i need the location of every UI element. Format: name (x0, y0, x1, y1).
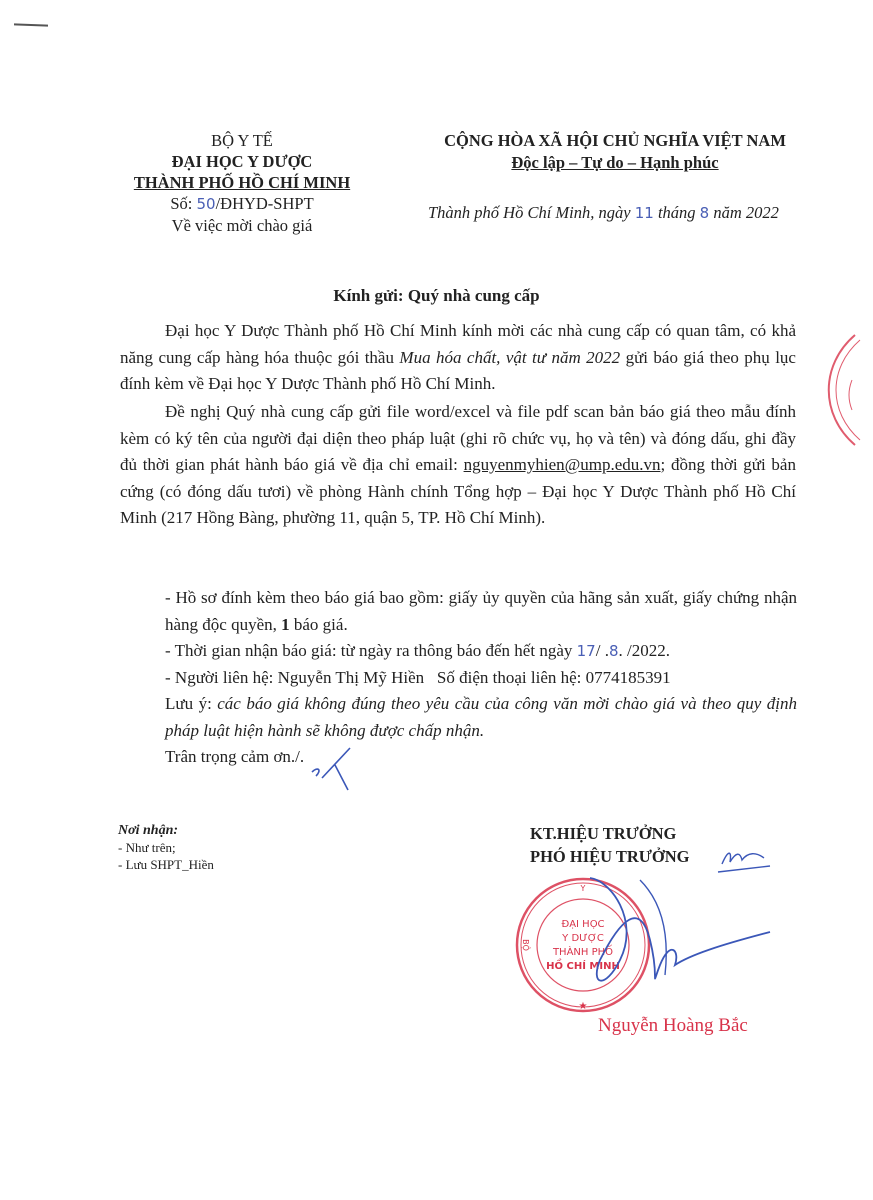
attachments-item: - Hồ sơ đính kèm theo báo giá bao gồm: g… (165, 585, 797, 638)
recipients-block: Nơi nhận: - Như trên; - Lưu SHPT_Hiền (118, 822, 214, 873)
svg-text:★: ★ (579, 1001, 588, 1012)
paragraph-request: Đề nghị Quý nhà cung cấp gửi file word/e… (120, 399, 796, 532)
deadline-item: - Thời gian nhận báo giá: từ ngày ra thô… (165, 638, 797, 665)
nation-title: CỘNG HÒA XÃ HỘI CHỦ NGHĨA VIỆT NAM (400, 130, 830, 152)
contact-email-link[interactable]: nguyenmyhien@ump.edu.vn (464, 455, 661, 474)
handwritten-month: 8 (700, 204, 710, 222)
recipients-title: Nơi nhận: (118, 822, 214, 839)
national-header: CỘNG HÒA XÃ HỘI CHỦ NGHĨA VIỆT NAM Độc l… (400, 130, 830, 174)
handwritten-deadline-day: 17 (577, 642, 596, 660)
svg-text:HỒ CHÍ MINH: HỒ CHÍ MINH (546, 957, 620, 972)
document-number: Số: 50/ĐHYD-SHPT (112, 193, 372, 215)
handwritten-number: 50 (196, 195, 215, 213)
details-list: - Hồ sơ đính kèm theo báo giá bao gồm: g… (165, 585, 797, 771)
svg-text:ĐẠI HỌC: ĐẠI HỌC (561, 919, 604, 930)
svg-text:Y DƯỢC: Y DƯỢC (561, 933, 604, 944)
scan-mark (14, 23, 48, 26)
signer-name: Nguyễn Hoàng Bắc (598, 1015, 748, 1037)
contact-item: - Người liên hệ: Nguyễn Thị Mỹ Hiền Số đ… (165, 665, 797, 692)
issuer-header: BỘ Y TẾ ĐẠI HỌC Y DƯỢC THÀNH PHỐ HỒ CHÍ … (112, 130, 372, 236)
svg-text:BỘ: BỘ (521, 939, 532, 951)
official-stamp: Y ĐẠI HỌC Y DƯỢC THÀNH PHỐ HỒ CHÍ MINH B… (513, 875, 653, 1015)
handwritten-day: 11 (635, 204, 654, 222)
signature-title: KT.HIỆU TRƯỞNG PHÓ HIỆU TRƯỞNG (530, 822, 690, 868)
paragraph-invitation: Đại học Y Dược Thành phố Hồ Chí Minh kín… (120, 318, 796, 398)
university-city: THÀNH PHỐ HỒ CHÍ MINH (112, 172, 372, 193)
issue-date: Thành phố Hồ Chí Minh, ngày 11 tháng 8 n… (428, 203, 779, 223)
partial-stamp-edge (810, 330, 873, 450)
note-item: Lưu ý: các báo giá không đúng theo yêu c… (165, 691, 797, 744)
national-motto: Độc lập – Tự do – Hạnh phúc (400, 152, 830, 174)
document-subject: Về việc mời chào giá (112, 215, 372, 236)
package-name: Mua hóa chất, vật tư năm 2022 (399, 348, 620, 367)
svg-text:THÀNH PHỐ: THÀNH PHỐ (552, 944, 613, 958)
ministry-name: BỘ Y TẾ (112, 130, 372, 151)
recipient-item: - Lưu SHPT_Hiền (118, 856, 214, 873)
closing-line: Trân trọng cảm ơn./. (165, 744, 797, 771)
greeting: Kính gửi: Quý nhà cung cấp (0, 286, 873, 306)
university-name: ĐẠI HỌC Y DƯỢC (112, 151, 372, 172)
handwritten-deadline-month: 8 (609, 642, 619, 660)
svg-text:Y: Y (580, 884, 586, 893)
recipient-item: - Như trên; (118, 839, 214, 856)
